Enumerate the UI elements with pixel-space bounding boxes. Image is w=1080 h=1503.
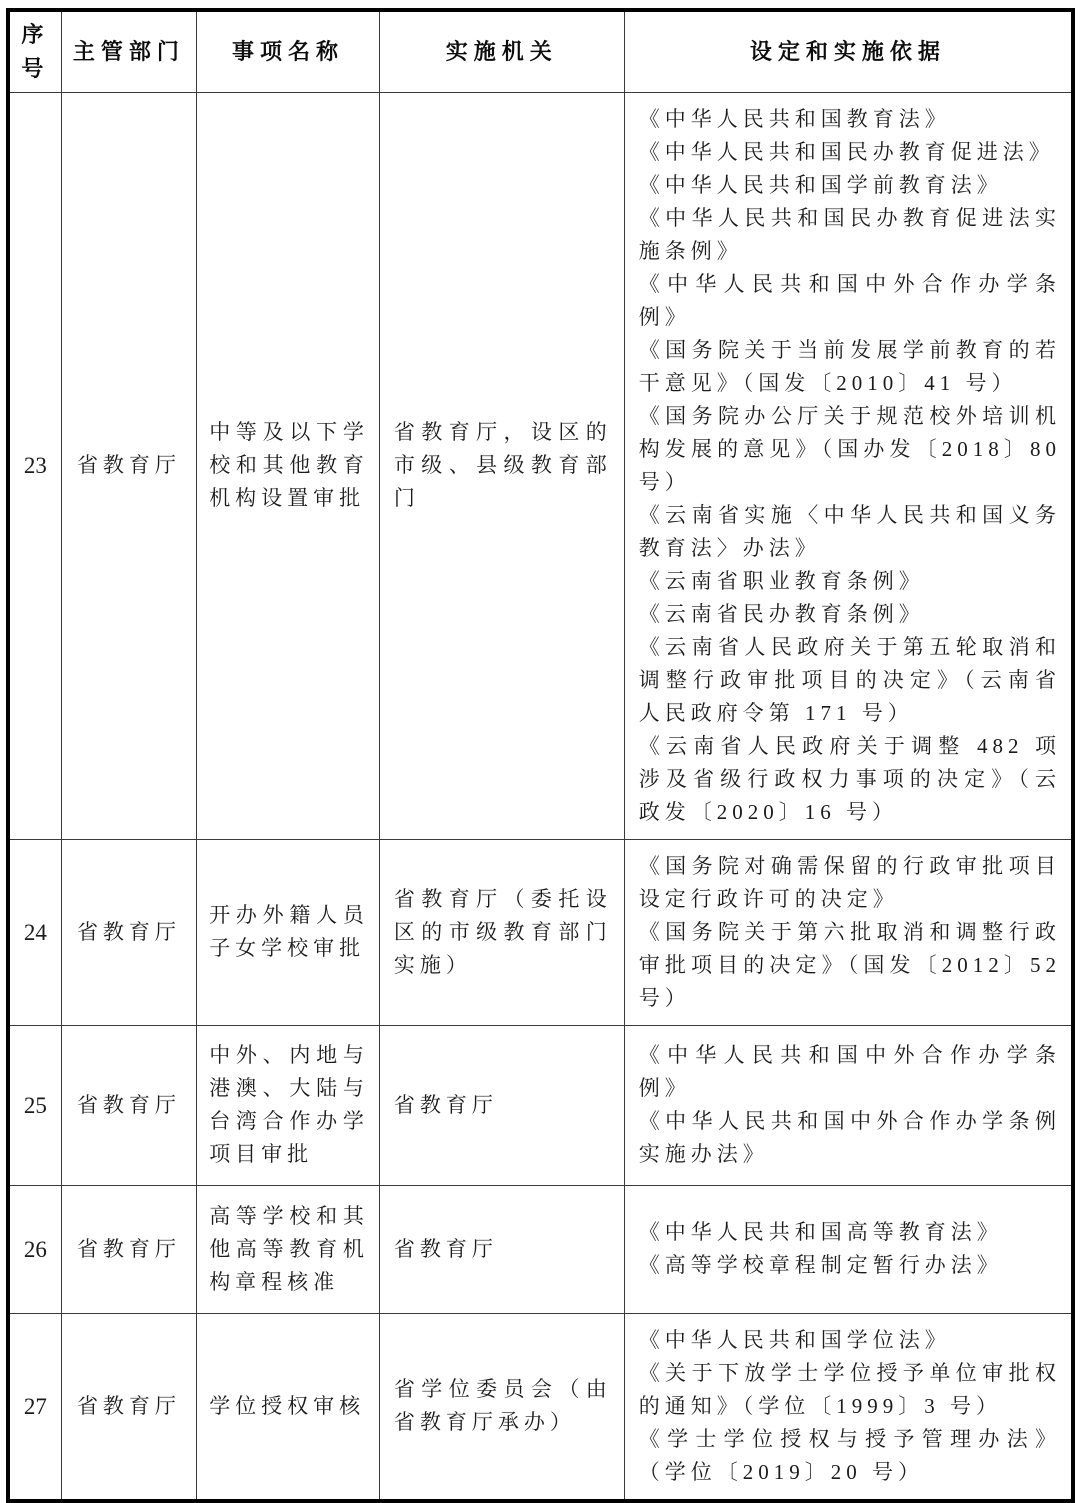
basis-cell: 《中华人民共和国中外合作办学条例》《中华人民共和国中外合作办学条例实施办法》 <box>624 1025 1073 1185</box>
basis-entry: 《中华人民共和国中外合作办学条例》 <box>639 1039 1061 1105</box>
basis-entry: 《中华人民共和国学前教育法》 <box>639 169 1061 202</box>
serial-number-cell: 24 <box>8 839 61 1025</box>
item-name-cell: 开办外籍人员子女学校审批 <box>197 839 380 1025</box>
header-implementing-agency: 实施机关 <box>379 10 624 92</box>
agency-cell: 省教育厅 <box>379 1185 624 1313</box>
department-cell: 省教育厅 <box>61 1025 197 1185</box>
item-name-cell: 中等及以下学校和其他教育机构设置审批 <box>197 92 380 839</box>
agency-cell: 省教育厅 <box>379 1025 624 1185</box>
basis-entry: 《中华人民共和国民办教育促进法实施条例》 <box>639 202 1061 268</box>
basis-cell: 《国务院对确需保留的行政审批项目设定行政许可的决定》《国务院关于第六批取消和调整… <box>624 839 1073 1025</box>
table-row: 25 省教育厅 中外、内地与港澳、大陆与台湾合作办学项目审批 省教育厅 《中华人… <box>8 1025 1073 1185</box>
basis-entry: 《中华人民共和国中外合作办学条例实施办法》 <box>639 1105 1061 1171</box>
basis-entry: 《关于下放学士学位授予单位审批权的通知》（学位〔1999〕3 号） <box>639 1357 1061 1423</box>
basis-entry: 《云南省职业教育条例》 <box>639 565 1061 598</box>
serial-number-cell: 25 <box>8 1025 61 1185</box>
agency-cell: 省教育厅（委托设区的市级教育部门实施） <box>379 839 624 1025</box>
basis-entry: 《学士学位授权与授予管理办法》（学位〔2019〕20 号） <box>639 1423 1061 1489</box>
basis-cell: 《中华人民共和国高等教育法》《高等学校章程制定暂行办法》 <box>624 1185 1073 1313</box>
basis-entry: 《国务院办公厅关于规范校外培训机构发展的意见》（国办发〔2018〕80 号） <box>639 400 1061 499</box>
basis-entry: 《云南省人民政府关于第五轮取消和调整行政审批项目的决定》（云南省人民政府令第 1… <box>639 631 1061 730</box>
basis-cell: 《中华人民共和国学位法》《关于下放学士学位授予单位审批权的通知》（学位〔1999… <box>624 1313 1073 1501</box>
department-cell: 省教育厅 <box>61 1185 197 1313</box>
document-page: 序号 主管部门 事项名称 实施机关 设定和实施依据 23 省教育厅 中等及以下学… <box>0 0 1080 1409</box>
header-row: 序号 主管部门 事项名称 实施机关 设定和实施依据 <box>8 10 1073 92</box>
basis-entry: 《国务院关于当前发展学前教育的若干意见》（国发〔2010〕41 号） <box>639 334 1061 400</box>
serial-number-cell: 23 <box>8 92 61 839</box>
header-serial-number: 序号 <box>8 10 61 92</box>
table-row: 23 省教育厅 中等及以下学校和其他教育机构设置审批 省教育厅，设区的市级、县级… <box>8 92 1073 839</box>
serial-number-cell: 27 <box>8 1313 61 1501</box>
item-name-cell: 高等学校和其他高等教育机构章程核准 <box>197 1185 380 1313</box>
header-basis: 设定和实施依据 <box>624 10 1073 92</box>
table-header: 序号 主管部门 事项名称 实施机关 设定和实施依据 <box>8 10 1073 92</box>
administrative-approval-table: 序号 主管部门 事项名称 实施机关 设定和实施依据 23 省教育厅 中等及以下学… <box>6 8 1075 1503</box>
basis-entry: 《国务院对确需保留的行政审批项目设定行政许可的决定》 <box>639 850 1061 916</box>
item-name-cell: 中外、内地与港澳、大陆与台湾合作办学项目审批 <box>197 1025 380 1185</box>
department-cell: 省教育厅 <box>61 92 197 839</box>
basis-entry: 《高等学校章程制定暂行办法》 <box>639 1249 1061 1282</box>
basis-entry: 《国务院关于第六批取消和调整行政审批项目的决定》（国发〔2012〕52 号） <box>639 916 1061 1015</box>
basis-entry: 《中华人民共和国学位法》 <box>639 1324 1061 1357</box>
serial-number-cell: 26 <box>8 1185 61 1313</box>
department-cell: 省教育厅 <box>61 1313 197 1501</box>
table-row: 24 省教育厅 开办外籍人员子女学校审批 省教育厅（委托设区的市级教育部门实施）… <box>8 839 1073 1025</box>
basis-entry: 《中华人民共和国高等教育法》 <box>639 1216 1061 1249</box>
agency-cell: 省学位委员会（由省教育厅承办） <box>379 1313 624 1501</box>
header-item-name: 事项名称 <box>197 10 380 92</box>
table-row: 26 省教育厅 高等学校和其他高等教育机构章程核准 省教育厅 《中华人民共和国高… <box>8 1185 1073 1313</box>
agency-cell: 省教育厅，设区的市级、县级教育部门 <box>379 92 624 839</box>
table-row: 27 省教育厅 学位授权审核 省学位委员会（由省教育厅承办） 《中华人民共和国学… <box>8 1313 1073 1501</box>
basis-entry: 《云南省实施〈中华人民共和国义务教育法〉办法》 <box>639 499 1061 565</box>
basis-entry: 《中华人民共和国教育法》 <box>639 103 1061 136</box>
item-name-cell: 学位授权审核 <box>197 1313 380 1501</box>
basis-entry: 《中华人民共和国民办教育促进法》 <box>639 136 1061 169</box>
department-cell: 省教育厅 <box>61 839 197 1025</box>
basis-entry: 《云南省民办教育条例》 <box>639 598 1061 631</box>
header-department: 主管部门 <box>61 10 197 92</box>
basis-entry: 《中华人民共和国中外合作办学条例》 <box>639 268 1061 334</box>
table-body: 23 省教育厅 中等及以下学校和其他教育机构设置审批 省教育厅，设区的市级、县级… <box>8 92 1073 1501</box>
basis-entry: 《云南省人民政府关于调整 482 项涉及省级行政权力事项的决定》（云政发〔202… <box>639 730 1061 829</box>
basis-cell: 《中华人民共和国教育法》《中华人民共和国民办教育促进法》《中华人民共和国学前教育… <box>624 92 1073 839</box>
